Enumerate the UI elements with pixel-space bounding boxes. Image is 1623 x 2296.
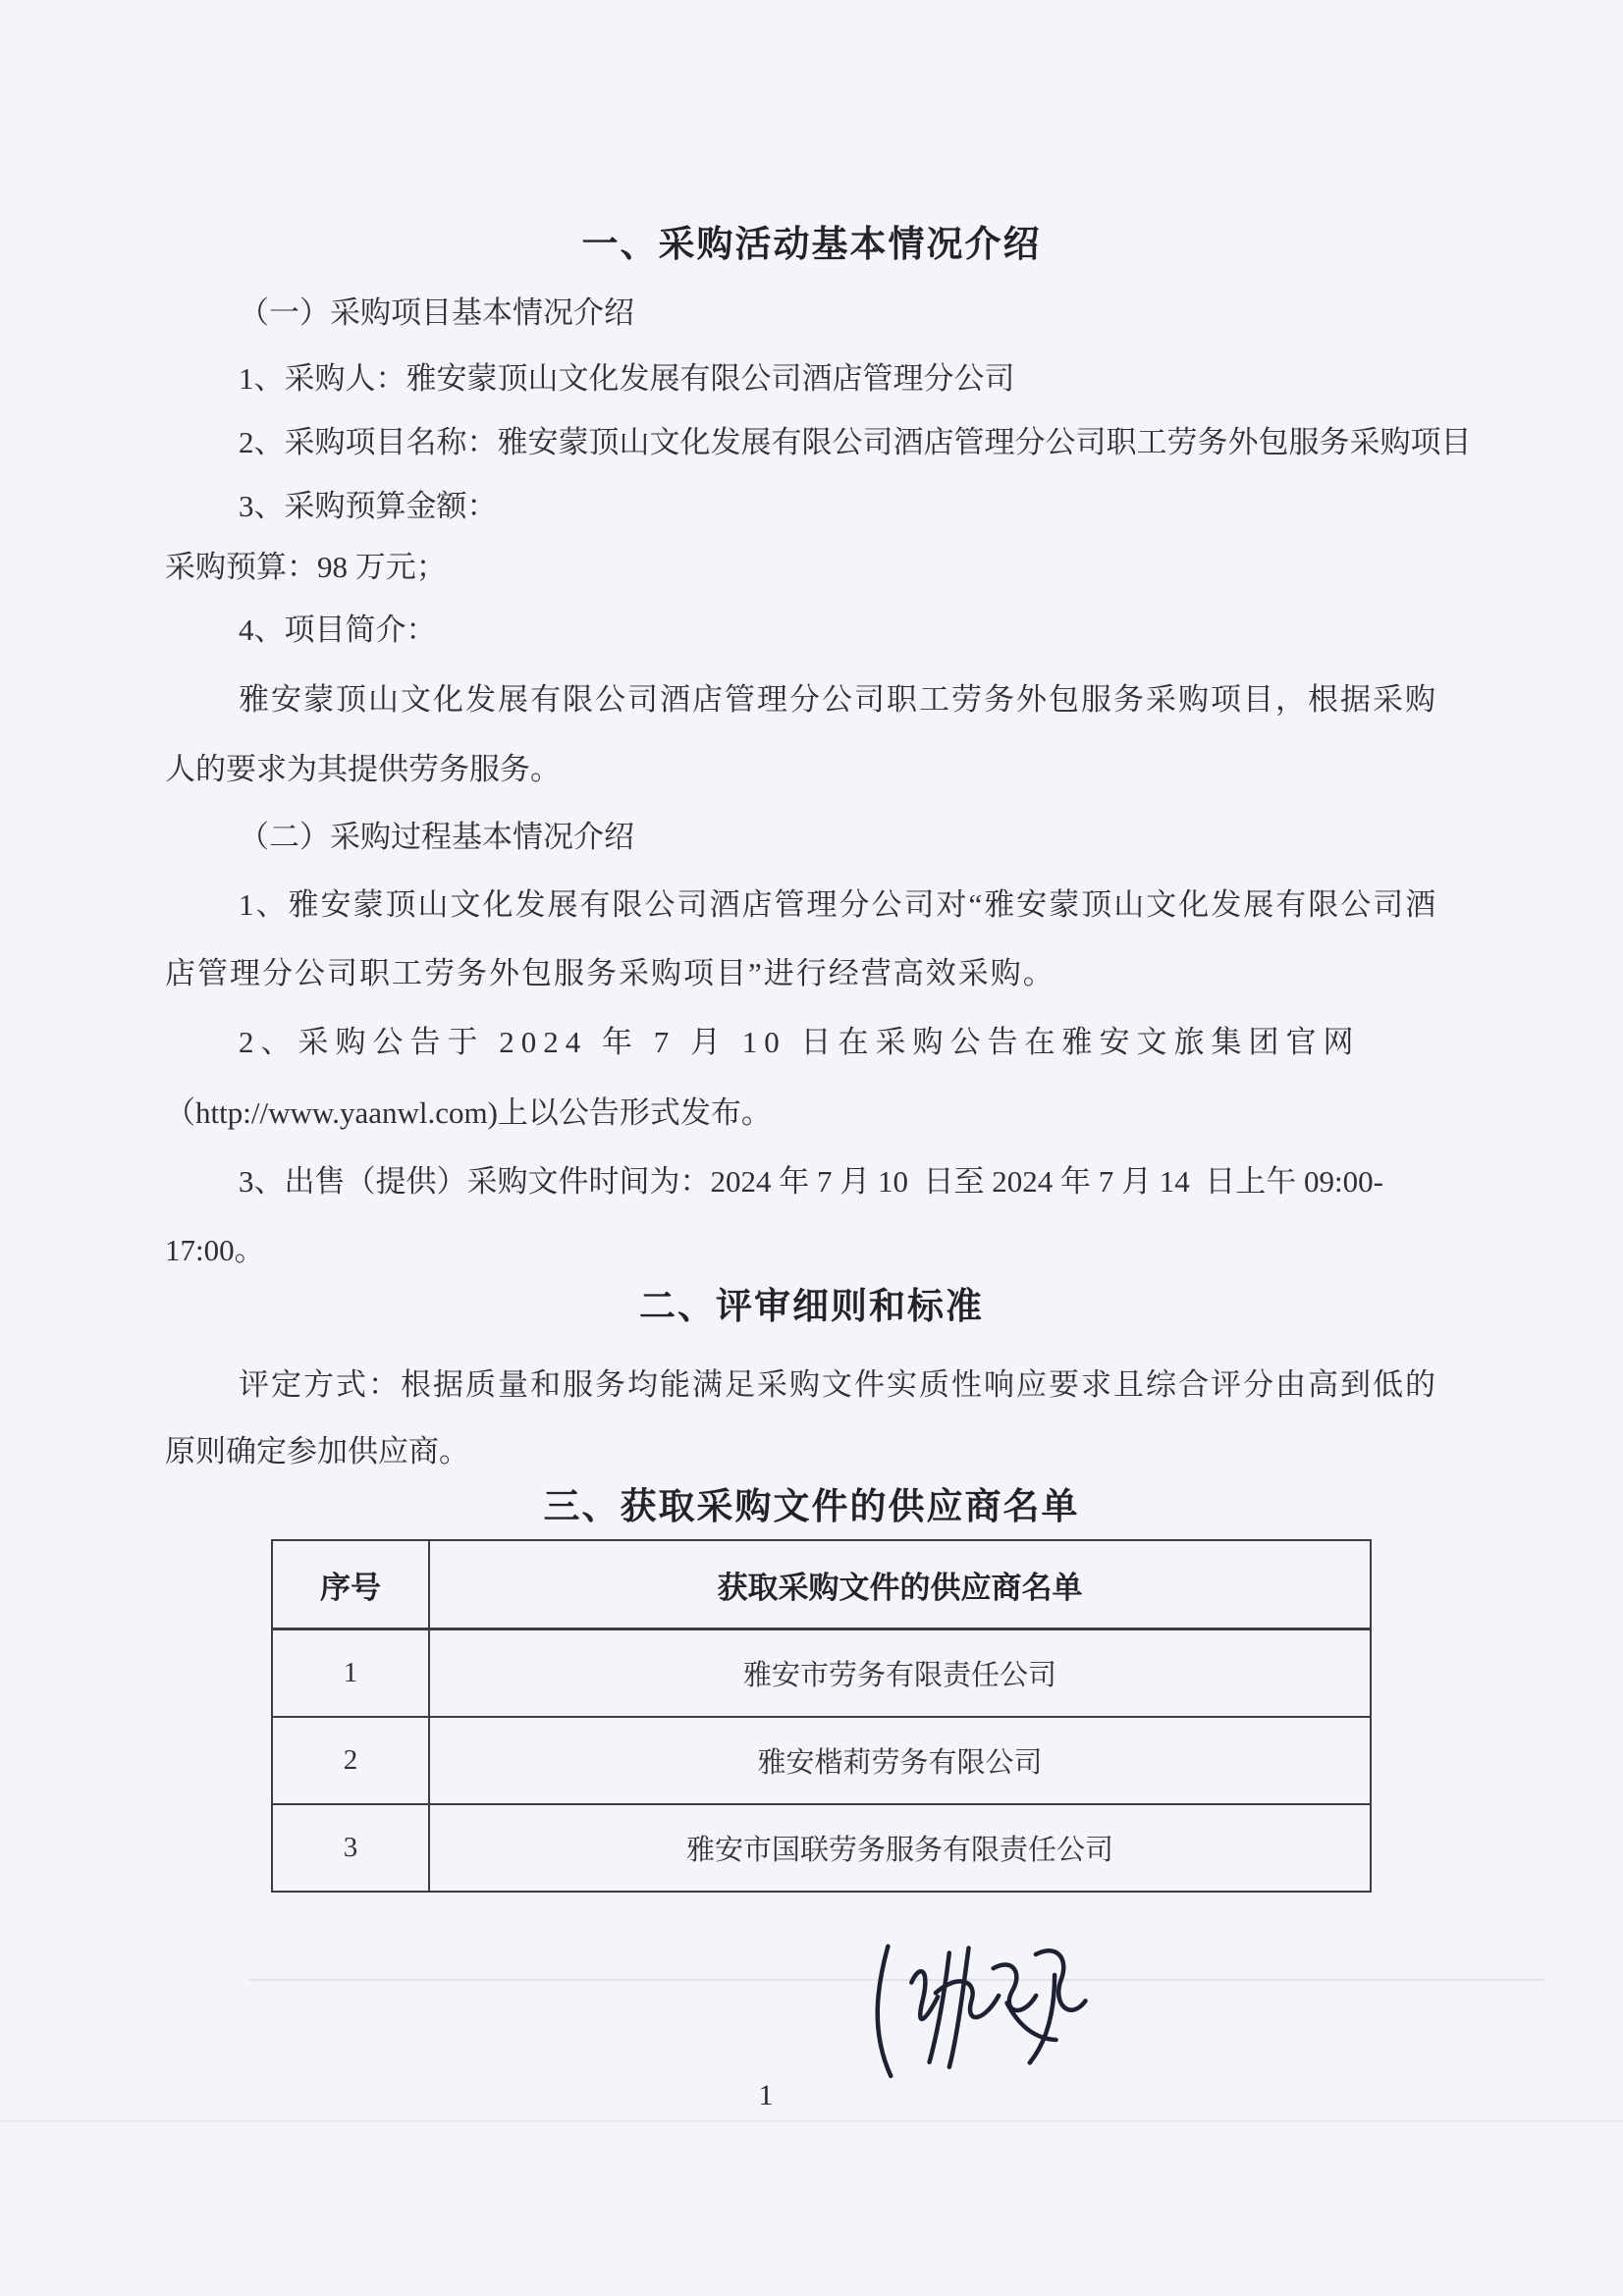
process-item3-line1: 3、出售（提供）采购文件时间为：2024 年 7 月 10 日至 2024 年 …	[239, 1161, 1383, 1202]
column-header-serial: 序号	[273, 1541, 430, 1628]
supplier-table: 序号 获取采购文件的供应商名单 1 雅安市劳务有限责任公司 2 雅安楷莉劳务有限…	[271, 1539, 1372, 1893]
section1-sub2-heading: （二）采购过程基本情况介绍	[239, 817, 634, 858]
supplier-cell: 雅安市劳务有限责任公司	[430, 1630, 1370, 1716]
page-number: 1	[687, 2079, 844, 2112]
table-row: 1 雅安市劳务有限责任公司	[273, 1629, 1370, 1716]
column-header-supplier: 获取采购文件的供应商名单	[430, 1541, 1370, 1628]
process-item2-line2: （http://www.yaanwl.com)上以公告形式发布。	[165, 1093, 772, 1134]
table-row: 2 雅安楷莉劳务有限公司	[273, 1716, 1370, 1803]
budget-title-line: 3、采购预算金额：	[239, 486, 498, 527]
project-intro-line1: 雅安蒙顶山文化发展有限公司酒店管理分公司职工劳务外包服务采购项目，根据采购	[239, 679, 1437, 721]
scan-artifact-line	[0, 2120, 1623, 2122]
supplier-table-header-row: 序号 获取采购文件的供应商名单	[273, 1541, 1370, 1629]
process-item1-line1: 1、雅安蒙顶山文化发展有限公司酒店管理分公司对“雅安蒙顶山文化发展有限公司酒	[239, 884, 1437, 926]
project-intro-line2: 人的要求为其提供劳务服务。	[165, 749, 561, 790]
purchaser-line: 1、采购人：雅安蒙顶山文化发展有限公司酒店管理分公司	[239, 358, 1015, 400]
supplier-cell: 雅安楷莉劳务有限公司	[430, 1718, 1370, 1803]
evaluation-line1: 评定方式：根据质量和服务均能满足采购文件实质性响应要求且综合评分由高到低的	[239, 1364, 1437, 1406]
serial-cell: 3	[273, 1805, 430, 1891]
serial-cell: 2	[273, 1718, 430, 1803]
section3-heading: 三、获取采购文件的供应商名单	[0, 1486, 1623, 1527]
scanned-document-page: 一、采购活动基本情况介绍 （一）采购项目基本情况介绍 1、采购人：雅安蒙顶山文化…	[0, 0, 1623, 2296]
signature-image	[858, 1930, 1102, 2095]
process-item3-line2: 17:00。	[165, 1230, 265, 1271]
serial-cell: 1	[273, 1630, 430, 1716]
section1-heading: 一、采购活动基本情况介绍	[0, 224, 1623, 265]
section1-sub1-heading: （一）采购项目基本情况介绍	[239, 293, 634, 334]
process-item1-line2: 店管理分公司职工劳务外包服务采购项目”进行经营高效采购。	[165, 953, 1055, 994]
table-row: 3 雅安市国联劳务服务有限责任公司	[273, 1803, 1370, 1891]
supplier-cell: 雅安市国联劳务服务有限责任公司	[430, 1805, 1370, 1891]
project-name-line: 2、采购项目名称：雅安蒙顶山文化发展有限公司酒店管理分公司职工劳务外包服务采购项…	[239, 422, 1472, 463]
budget-amount-line: 采购预算：98 万元；	[165, 547, 447, 588]
project-intro-title-line: 4、项目简介：	[239, 610, 437, 651]
process-item2-line1: 2、采购公告于 2024 年 7 月 10 日在采购公告在雅安文旅集团官网	[239, 1022, 1361, 1063]
section2-heading: 二、评审细则和标准	[0, 1286, 1623, 1327]
evaluation-line2: 原则确定参加供应商。	[165, 1431, 469, 1472]
